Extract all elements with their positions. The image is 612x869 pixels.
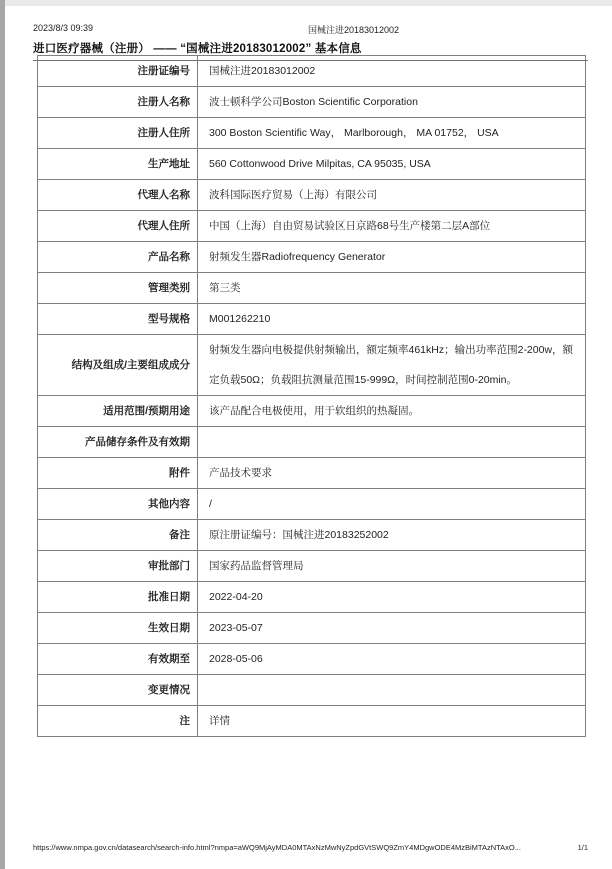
registration-info-table: 注册证编号国械注进20183012002注册人名称波士顿科学公司Boston S… xyxy=(37,55,586,737)
row-label: 注册人住所 xyxy=(38,118,198,149)
table-row: 生产地址560 Cottonwood Drive Milpitas, CA 95… xyxy=(38,149,586,180)
row-value: 国家药品监督管理局 xyxy=(198,551,586,582)
registration-info-table-body: 注册证编号国械注进20183012002注册人名称波士顿科学公司Boston S… xyxy=(38,56,586,737)
row-value xyxy=(198,427,586,458)
table-row: 注册人住所300 Boston Scientific Way， Marlboro… xyxy=(38,118,586,149)
row-label: 其他内容 xyxy=(38,489,198,520)
page-title: 进口医疗器械（注册） —— “国械注进20183012002” 基本信息 xyxy=(33,40,588,56)
table-row: 结构及组成/主要组成成分射频发生器向电极提供射频输出，额定频率461kHz；输出… xyxy=(38,335,586,396)
row-label: 变更情况 xyxy=(38,675,198,706)
row-label: 代理人住所 xyxy=(38,211,198,242)
row-value: M001262210 xyxy=(198,304,586,335)
row-label: 结构及组成/主要组成成分 xyxy=(38,335,198,396)
window-left-edge xyxy=(0,0,5,869)
table-row: 型号规格M001262210 xyxy=(38,304,586,335)
table-row: 管理类别第三类 xyxy=(38,273,586,304)
row-label: 代理人名称 xyxy=(38,180,198,211)
row-value: 中国（上海）自由贸易试验区日京路68号生产楼第二层A部位 xyxy=(198,211,586,242)
row-label: 注 xyxy=(38,706,198,737)
row-label: 型号规格 xyxy=(38,304,198,335)
row-value: 300 Boston Scientific Way， Marlborough， … xyxy=(198,118,586,149)
row-label: 生效日期 xyxy=(38,613,198,644)
row-label: 注册证编号 xyxy=(38,56,198,87)
row-label: 有效期至 xyxy=(38,644,198,675)
row-label: 批准日期 xyxy=(38,582,198,613)
row-label: 注册人名称 xyxy=(38,87,198,118)
row-value: 2028-05-06 xyxy=(198,644,586,675)
row-value: 波士顿科学公司Boston Scientific Corporation xyxy=(198,87,586,118)
source-url: https://www.nmpa.gov.cn/datasearch/searc… xyxy=(33,843,521,852)
row-value: 波科国际医疗贸易（上海）有限公司 xyxy=(198,180,586,211)
row-value: 国械注进20183012002 xyxy=(198,56,586,87)
print-header: 2023/8/3 09:39 国械注进20183012002 xyxy=(33,23,588,35)
table-row: 注册证编号国械注进20183012002 xyxy=(38,56,586,87)
row-label: 管理类别 xyxy=(38,273,198,304)
row-value: 详情 xyxy=(198,706,586,737)
row-value: 产品技术要求 xyxy=(198,458,586,489)
row-label: 备注 xyxy=(38,520,198,551)
print-datetime: 2023/8/3 09:39 xyxy=(33,23,93,33)
row-label: 生产地址 xyxy=(38,149,198,180)
row-label: 适用范围/预期用途 xyxy=(38,396,198,427)
table-row: 注详情 xyxy=(38,706,586,737)
table-row: 有效期至2028-05-06 xyxy=(38,644,586,675)
table-row: 备注原注册证编号：国械注进20183252002 xyxy=(38,520,586,551)
table-row: 代理人住所中国（上海）自由贸易试验区日京路68号生产楼第二层A部位 xyxy=(38,211,586,242)
row-value: 2022-04-20 xyxy=(198,582,586,613)
table-row: 适用范围/预期用途该产品配合电极使用，用于软组织的热凝固。 xyxy=(38,396,586,427)
page-indicator: 1/1 xyxy=(578,843,588,852)
table-row: 生效日期2023-05-07 xyxy=(38,613,586,644)
row-value: 射频发生器Radiofrequency Generator xyxy=(198,242,586,273)
table-row: 注册人名称波士顿科学公司Boston Scientific Corporatio… xyxy=(38,87,586,118)
row-label: 产品储存条件及有效期 xyxy=(38,427,198,458)
row-label: 产品名称 xyxy=(38,242,198,273)
table-row: 批准日期2022-04-20 xyxy=(38,582,586,613)
print-footer: https://www.nmpa.gov.cn/datasearch/searc… xyxy=(33,843,588,852)
row-value xyxy=(198,675,586,706)
page-top-margin xyxy=(5,0,612,6)
row-value: 第三类 xyxy=(198,273,586,304)
table-row: 附件产品技术要求 xyxy=(38,458,586,489)
table-row: 产品储存条件及有效期 xyxy=(38,427,586,458)
row-value: 原注册证编号：国械注进20183252002 xyxy=(198,520,586,551)
table-row: 审批部门国家药品监督管理局 xyxy=(38,551,586,582)
row-label: 审批部门 xyxy=(38,551,198,582)
row-value: 2023-05-07 xyxy=(198,613,586,644)
row-value: / xyxy=(198,489,586,520)
row-value: 560 Cottonwood Drive Milpitas, CA 95035,… xyxy=(198,149,586,180)
row-value: 射频发生器向电极提供射频输出，额定频率461kHz；输出功率范围2-200w，额… xyxy=(198,335,586,396)
table-row: 变更情况 xyxy=(38,675,586,706)
table-row: 产品名称射频发生器Radiofrequency Generator xyxy=(38,242,586,273)
table-row: 代理人名称波科国际医疗贸易（上海）有限公司 xyxy=(38,180,586,211)
print-doc-number: 国械注进20183012002 xyxy=(308,23,399,36)
row-label: 附件 xyxy=(38,458,198,489)
row-value: 该产品配合电极使用，用于软组织的热凝固。 xyxy=(198,396,586,427)
table-row: 其他内容/ xyxy=(38,489,586,520)
